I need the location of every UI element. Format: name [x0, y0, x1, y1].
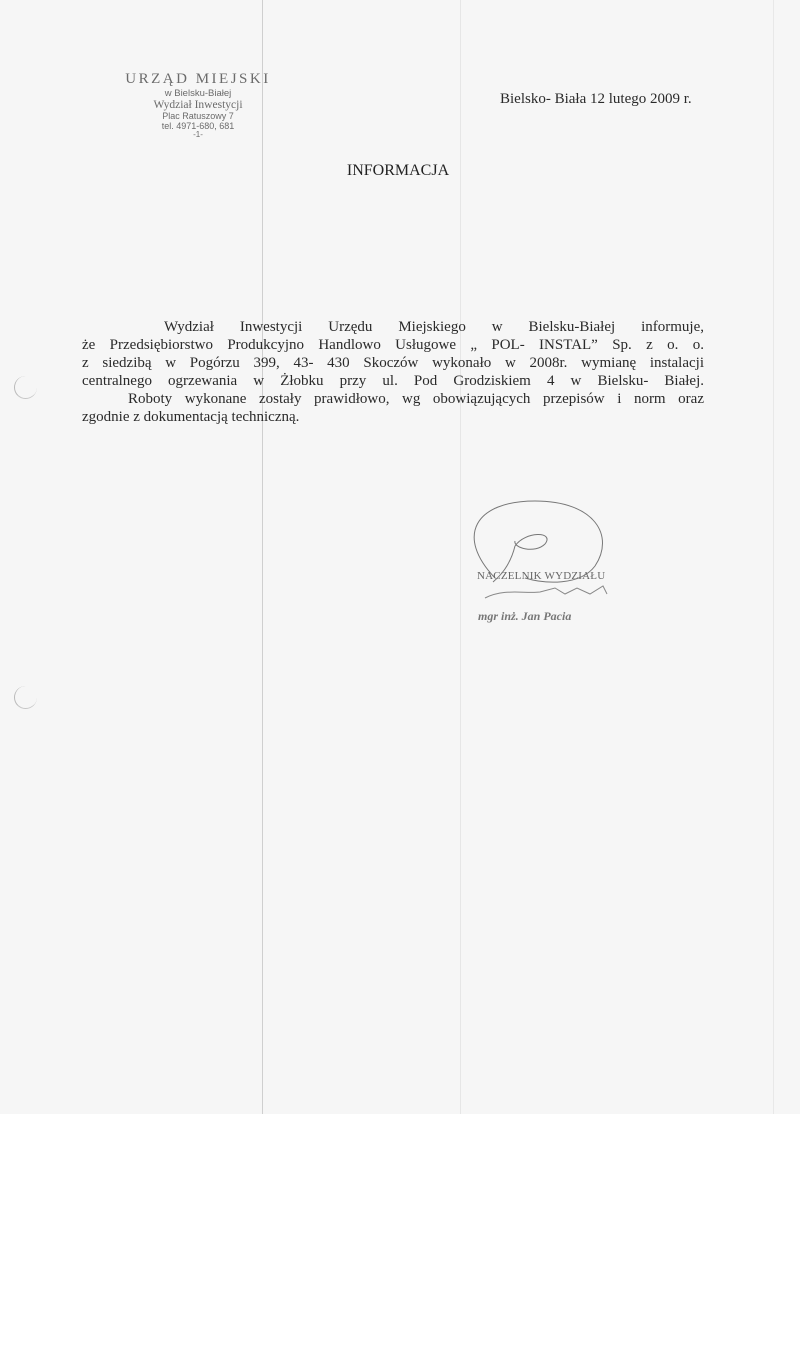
scanned-page: URZĄD MIEJSKI w Bielsku-Białej Wydział I… [0, 0, 800, 1114]
stamp-address: Plac Ratuszowy 7 [98, 112, 298, 121]
stamp-ref: -1- [98, 131, 298, 139]
punch-hole-icon [14, 376, 37, 399]
body-line: zgodnie z dokumentacją techniczną. [82, 408, 704, 426]
body-line: że Przedsiębiorstwo Produkcyjno Handlowo… [82, 336, 704, 354]
paragraph-1: Wydział Inwestycji Urzędu Miejskiego w B… [82, 318, 704, 390]
body-line: centralnego ogrzewania w Żłobku przy ul.… [82, 372, 704, 390]
body-line: Wydział Inwestycji Urzędu Miejskiego w B… [82, 318, 704, 336]
punch-hole-icon [14, 686, 37, 709]
signatory-role: NACZELNIK WYDZIAŁU [477, 570, 605, 582]
document-body: Wydział Inwestycji Urzędu Miejskiego w B… [82, 318, 704, 426]
stamp-city: w Bielsku-Białej [98, 89, 298, 99]
body-line: z siedzibą w Pogórzu 399, 43- 430 Skoczó… [82, 354, 704, 372]
stamp-office: URZĄD MIEJSKI [98, 72, 298, 87]
document-title: INFORMACJA [0, 162, 800, 180]
paragraph-2: Roboty wykonane zostały prawidłowo, wg o… [82, 390, 704, 426]
body-line: Roboty wykonane zostały prawidłowo, wg o… [82, 390, 704, 408]
date-line: Bielsko- Biała 12 lutego 2009 r. [500, 91, 692, 108]
signatory-name: mgr inż. Jan Pacia [478, 609, 571, 624]
signature-block: NACZELNIK WYDZIAŁU mgr inż. Jan Pacia [455, 496, 655, 636]
office-stamp: URZĄD MIEJSKI w Bielsku-Białej Wydział I… [98, 72, 298, 139]
stamp-department: Wydział Inwestycji [98, 100, 298, 112]
document-title-text: INFORMACJA [347, 162, 449, 179]
